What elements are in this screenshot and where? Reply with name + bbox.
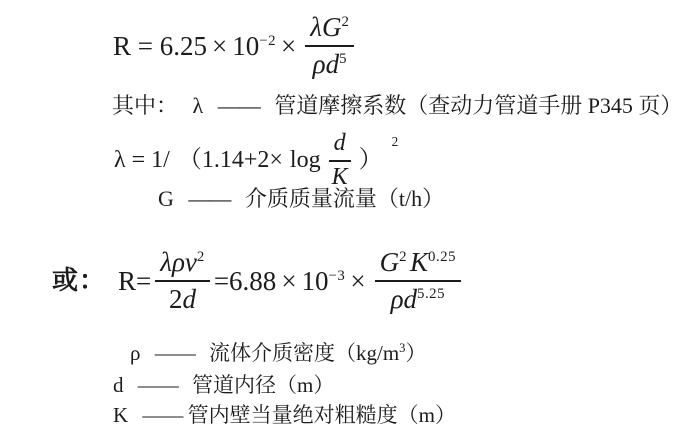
f2-lhs: λ = 1/	[114, 146, 170, 175]
f3-fraction-2: G2K0.25 ρd5.25	[375, 247, 461, 315]
f2-fraction: d K	[327, 130, 353, 191]
f3-fraction-1-denominator: 2d	[164, 282, 201, 315]
d-symbol: d	[113, 373, 124, 397]
f3-power-base: 10	[302, 266, 329, 296]
f1-power-base: 10	[232, 31, 259, 61]
f1-numerator-vars: λG	[310, 12, 341, 42]
or-prefix: 或：	[52, 265, 106, 296]
f1-multiply-sign-1: ×	[212, 30, 227, 62]
f3-frac1-numerator-vars: λρv	[160, 247, 197, 277]
formula-resistance-mass-flow: R = 6.25 × 10−2 × λG2 ρd5	[113, 12, 358, 80]
f3-frac2-num-exp-g: 2	[399, 249, 407, 265]
f1-power-term: 10−2	[232, 30, 276, 62]
rho-symbol: ρ	[130, 341, 140, 365]
document-page: R = 6.25 × 10−2 × λG2 ρd5 其中： λ —— 管道摩擦系…	[0, 0, 681, 439]
f2-body: 1.14+2×	[202, 146, 283, 175]
rho-description: 流体介质密度（kg/m3）	[209, 341, 426, 365]
definition-dash: ——	[142, 403, 182, 427]
f3-frac1-denominator-coef: 2	[169, 284, 183, 314]
f3-multiply-sign-2: ×	[350, 265, 365, 297]
f1-fraction-numerator: λG2	[305, 12, 354, 47]
f3-fraction-1-numerator: λρv2	[155, 247, 210, 282]
f3-frac1-denominator-var: d	[183, 284, 197, 314]
f2-fraction-numerator: d	[329, 130, 351, 162]
g-definition: G —— 介质质量流量（t/h）	[158, 186, 444, 212]
f3-power-exponent: −3	[329, 268, 346, 284]
k-definition: K —— 管内壁当量绝对粗糙度（m）	[113, 403, 456, 428]
definition-dash: ——	[188, 186, 230, 211]
f2-close-paren: ）	[359, 146, 383, 175]
f3-frac2-num-exp-k: 0.25	[428, 249, 456, 265]
f3-fraction-2-denominator: ρd5.25	[386, 282, 450, 315]
f3-mid-value: =6.88	[214, 265, 276, 297]
f1-multiply-sign-2: ×	[281, 30, 296, 62]
lambda-symbol: λ	[193, 93, 204, 118]
f1-lhs: R = 6.25	[113, 30, 207, 62]
d-description: 管道内径（m）	[192, 373, 334, 397]
k-symbol: K	[113, 403, 128, 427]
where-prefix: 其中：	[112, 93, 178, 118]
d-definition: d —— 管道内径（m）	[113, 373, 334, 398]
f3-fraction-2-numerator: G2K0.25	[375, 247, 461, 282]
f3-frac2-denominator-vars: ρd	[391, 284, 417, 314]
lambda-description: 管道摩擦系数（查动力管道手册 P345 页）	[274, 93, 681, 118]
formula-resistance-velocity: 或： R= λρv2 2d =6.88 × 10−3 × G2K0.25 ρd5…	[52, 247, 465, 315]
rho-description-main: 流体介质密度（kg/m	[209, 341, 399, 365]
f3-frac2-denominator-exponent: 5.25	[417, 286, 445, 302]
k-description: 管内壁当量绝对粗糙度（m）	[188, 403, 456, 427]
f3-frac1-numerator-exponent: 2	[197, 249, 205, 265]
formula-friction-factor: λ = 1/ （ 1.14+2× log d K ） 2	[114, 130, 398, 191]
f3-fraction-1: λρv2 2d	[155, 247, 210, 315]
where-lambda-definition: 其中： λ —— 管道摩擦系数（查动力管道手册 P345 页）	[112, 93, 681, 119]
rho-description-close: ）	[405, 341, 426, 365]
definition-dash: ——	[155, 341, 195, 365]
f2-log-function: log	[290, 146, 321, 175]
f1-fraction-denominator: ρd5	[308, 47, 352, 80]
f3-multiply-sign-1: ×	[281, 265, 296, 297]
f1-power-exponent: −2	[259, 33, 276, 49]
rho-definition: ρ —— 流体介质密度（kg/m3）	[130, 341, 426, 366]
f2-numerator-var: d	[334, 130, 346, 156]
f1-numerator-exponent: 2	[341, 14, 349, 30]
f2-outer-exponent: 2	[392, 134, 399, 150]
definition-dash: ——	[218, 93, 260, 118]
f3-power-term: 10−3	[302, 265, 346, 297]
f3-frac2-num-var-g: G	[380, 247, 400, 277]
g-description: 介质质量流量（t/h）	[245, 186, 444, 211]
f2-open-paren: （	[178, 146, 202, 175]
f1-denominator-exponent: 5	[339, 51, 347, 67]
g-symbol: G	[158, 186, 174, 211]
f3-lhs: R=	[118, 265, 151, 297]
f3-frac2-num-var-k: K	[410, 247, 428, 277]
f1-fraction: λG2 ρd5	[305, 12, 354, 80]
f1-denominator-vars: ρd	[313, 49, 339, 79]
definition-dash: ——	[138, 373, 178, 397]
